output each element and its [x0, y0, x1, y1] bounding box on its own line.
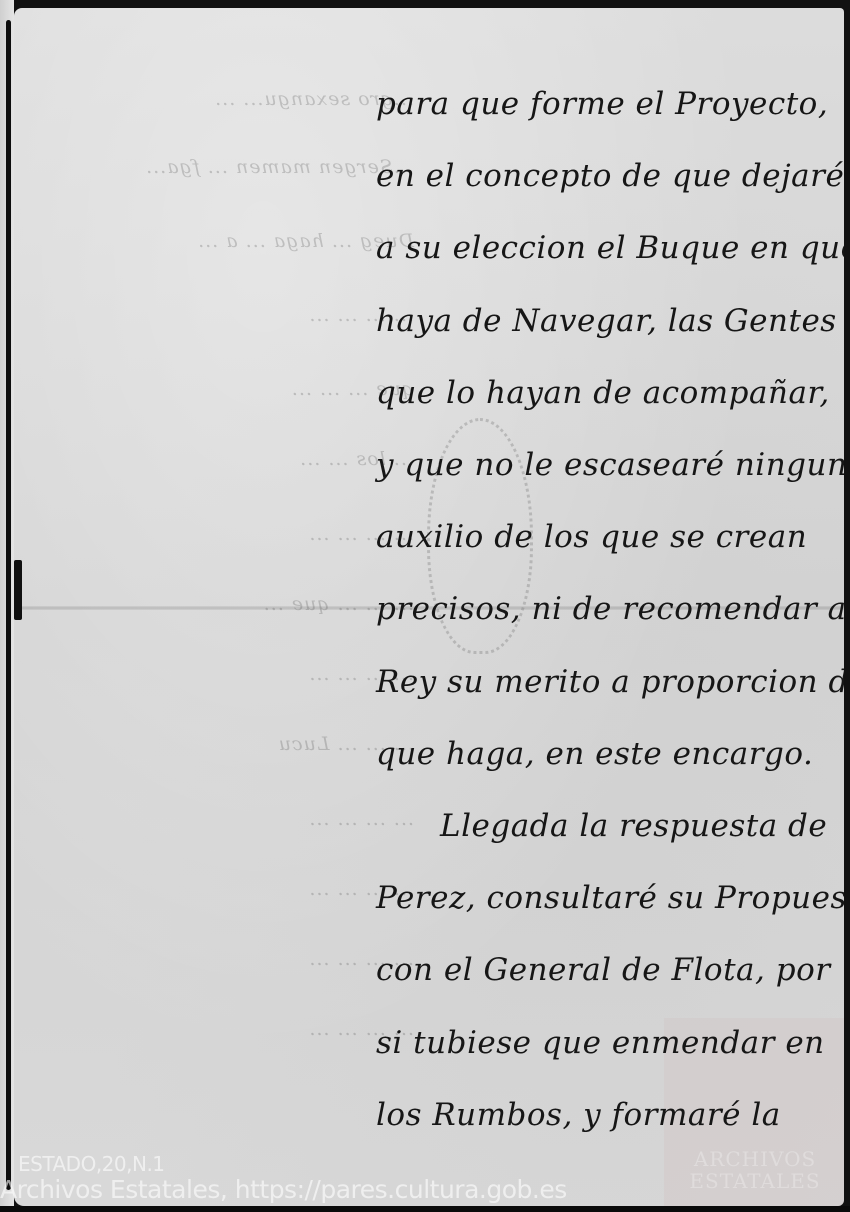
bleed-through-line: ... ... ... ... [14, 878, 414, 900]
manuscript-line: en el concepto de que dejaré [376, 140, 844, 212]
bleed-through-line: ... ... ... ... [14, 1018, 414, 1040]
manuscript-page: ...gro sexangu... ... ...Sergen mamen ..… [14, 8, 844, 1206]
bleed-through-line: ... ... ... ... [14, 663, 414, 685]
document-viewer: ...gro sexangu... ... ...Sergen mamen ..… [0, 0, 850, 1212]
logo-line: ESTATALES [680, 1170, 830, 1192]
scan-border [0, 1206, 850, 1212]
bleed-through-line: que ... ... ... [14, 378, 414, 400]
manuscript-line: haya de Navegar, las Gentes [376, 285, 844, 357]
logo-line: ARCHIVOS [680, 1148, 830, 1170]
manuscript-line: auxilio de los que se crean [376, 501, 844, 573]
manuscript-line: a su eleccion el Buque en que [376, 212, 844, 284]
manuscript-line-paragraph-start: Llegada la respuesta de [376, 790, 844, 862]
page-tear [14, 560, 22, 620]
bleed-through-line: ... ... ... ... [14, 523, 414, 545]
manuscript-line: los Rumbos, y formaré la [376, 1079, 844, 1151]
bleed-through-line: ... ... ... ... [14, 304, 414, 326]
archive-reference: ESTADO,20,N.1 [18, 1152, 165, 1176]
archive-source-credit: Archivos Estatales, https://pares.cultur… [0, 1175, 567, 1204]
bleed-through-line: ... ... ... Lucu [14, 733, 414, 755]
binding-gap [6, 20, 11, 1190]
archivos-estatales-logo: ARCHIVOS ESTATALES [680, 1148, 830, 1198]
bleed-through-line: Dueg ... haga ... a ... [14, 230, 414, 252]
manuscript-line: para que forme el Proyecto, [376, 68, 844, 140]
bleed-through-line: ... ... ... que ... [14, 593, 414, 615]
binding-strip [0, 0, 14, 1212]
manuscript-text: para que forme el Proyecto, en el concep… [376, 68, 844, 1151]
bleed-through-line: ... los ... ... [14, 448, 414, 470]
manuscript-line: y que no le escasearé ningun [376, 429, 844, 501]
manuscript-line: que haga, en este encargo. [376, 718, 844, 790]
manuscript-line: Perez, consultaré su Propuesta [376, 862, 844, 934]
bleed-through-line: ... ... ... ... [14, 808, 414, 830]
manuscript-line: con el General de Flota, por [376, 934, 844, 1006]
manuscript-line: si tubiese que enmendar en [376, 1006, 844, 1078]
manuscript-line: Rey su merito a proporcion del [376, 646, 844, 718]
bleed-through-line: ... ... ... ... [14, 948, 414, 970]
manuscript-line: que lo hayan de acompañar, [376, 357, 844, 429]
manuscript-line: precisos, ni de recomendar al [376, 573, 844, 645]
bleed-through-line: ...Sergen mamen ... fga... [14, 156, 414, 178]
bleed-through-line: ...gro sexangu... ... [14, 88, 414, 110]
